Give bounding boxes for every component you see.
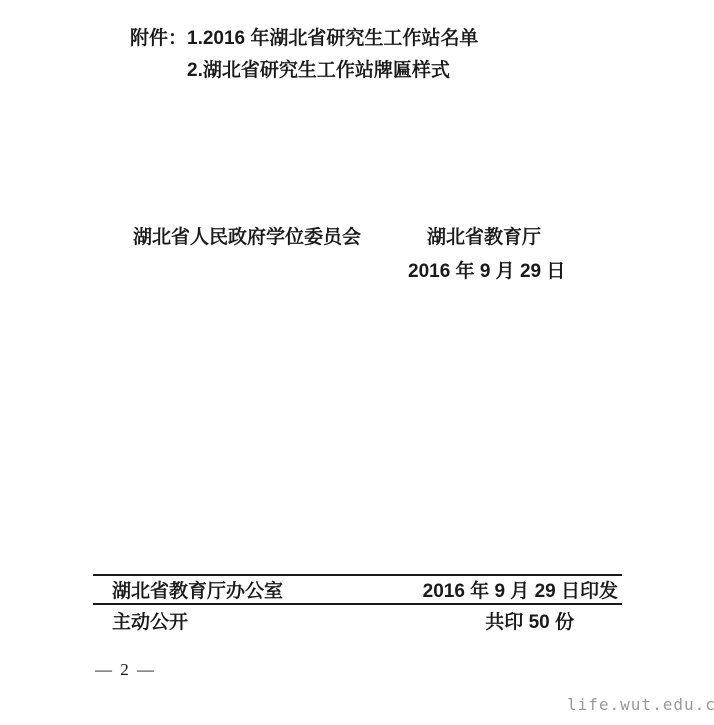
colophon-row-disclosure: 主动公开 共印 50 份 [93,605,622,636]
disclosure-label: 主动公开 [112,607,188,634]
issuer-degree-committee: 湖北省人民政府学位委员会 [133,227,361,249]
colophon-block: 湖北省教育厅办公室 2016 年 9 月 29 日印发 主动公开 共印 50 份 [93,574,622,636]
colophon-row-issuing-office: 湖北省教育厅办公室 2016 年 9 月 29 日印发 [93,576,622,603]
attachment-list-line-2: 2.湖北省研究生工作站牌匾样式 [187,60,450,82]
issuer-education-department: 湖北省教育厅 [427,227,541,249]
document-page: 附件：1.2016 年湖北省研究生工作站名单 2.湖北省研究生工作站牌匾样式 湖… [0,0,714,725]
page-number: — 2 — [95,660,156,680]
issuing-office-label: 湖北省教育厅办公室 [112,576,283,603]
attachment-list-line-1: 附件：1.2016 年湖北省研究生工作站名单 [130,28,478,50]
copies-label: 共印 50 份 [485,607,574,634]
signature-date: 2016 年 9 月 29 日 [408,261,565,283]
print-date-label: 2016 年 9 月 29 日印发 [423,576,618,603]
site-watermark: life.wut.edu.cn [567,695,714,714]
